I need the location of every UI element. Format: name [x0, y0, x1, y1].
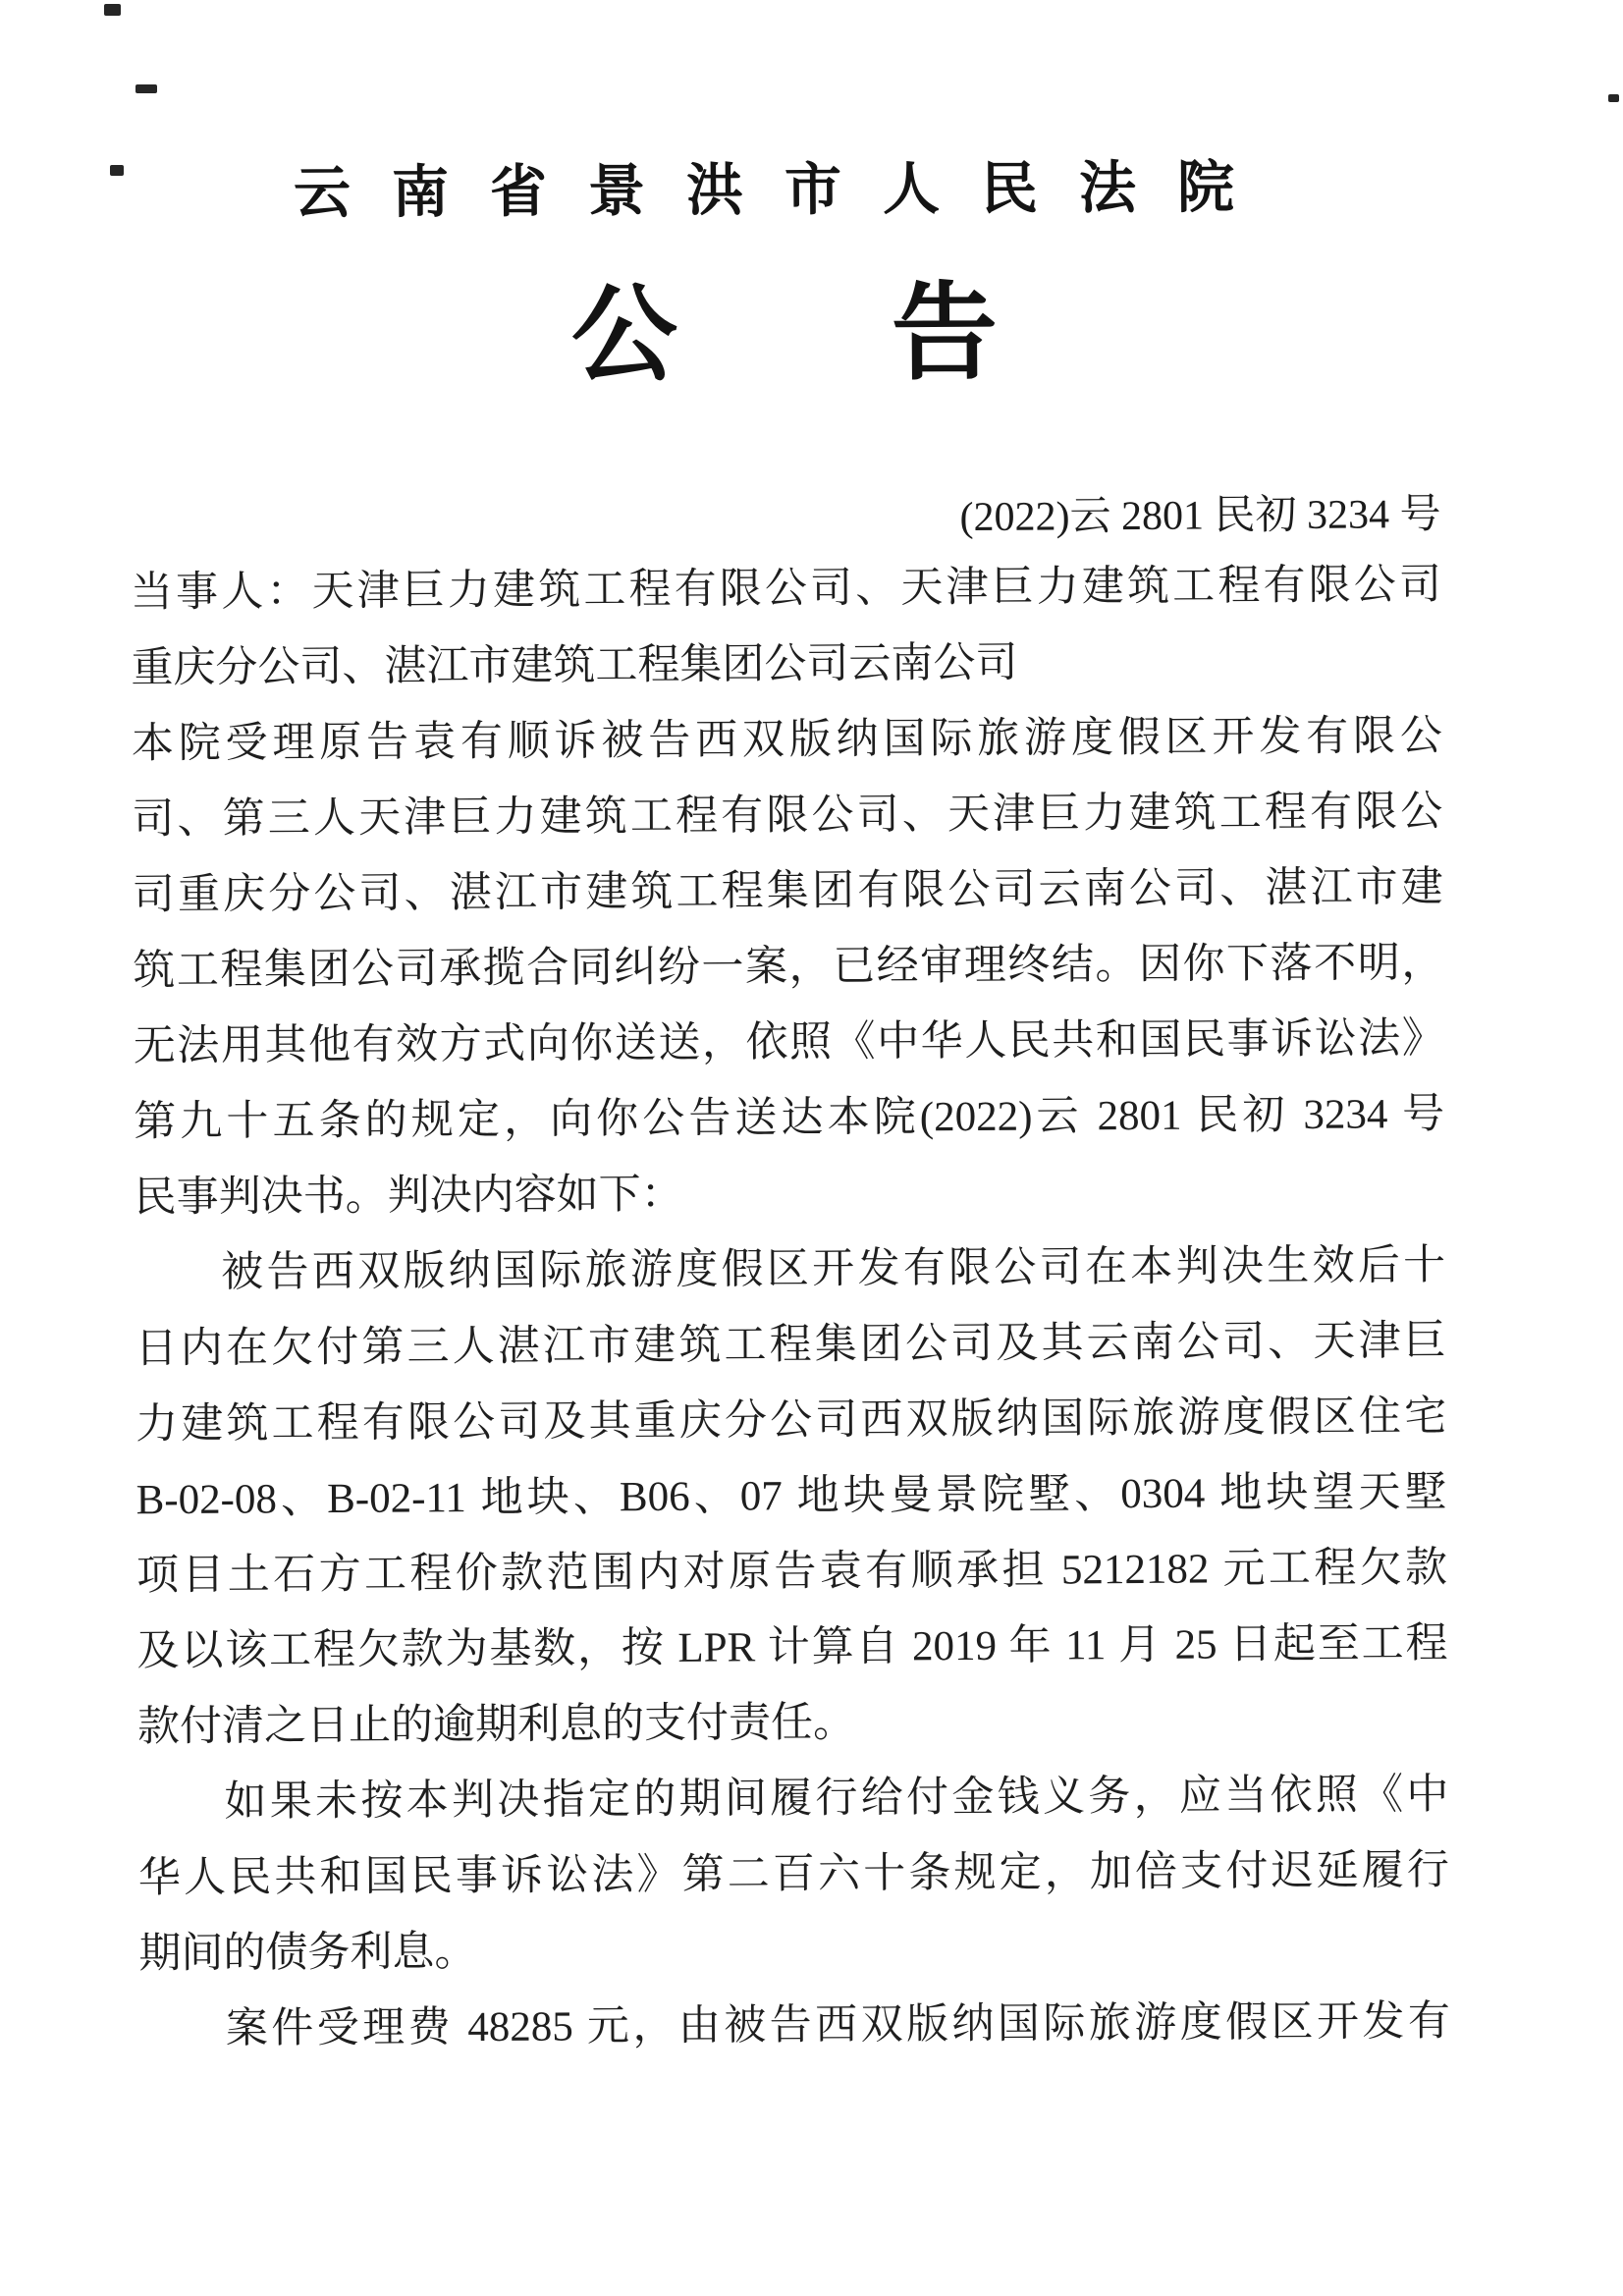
body-line: 第九十五条的规定，向你公告送达本院(2022)云 2801 民初 3234 号: [134, 1076, 1444, 1160]
document-content: 云南省景洪市人民法院 公 告 (2022)云 2801 民初 3234 号 当事…: [0, 0, 1623, 2296]
body-line: 民事判决书。判决内容如下：: [134, 1152, 1444, 1235]
body-line: 司、第三人天津巨力建筑工程有限公司、天津巨力建筑工程有限公: [132, 774, 1442, 857]
body-line: 司重庆分公司、湛江市建筑工程集团有限公司云南公司、湛江市建: [133, 849, 1443, 933]
body-line: 力建筑工程有限公司及其重庆分公司西双版纳国际旅游度假区住宅: [135, 1379, 1446, 1462]
body-line: 期间的债务利息。: [138, 1908, 1449, 1992]
body-line: B-02-08、B-02-11 地块、B06、07 地块曼景院墅、0304 地块…: [135, 1454, 1446, 1538]
document-title: 公 告: [129, 271, 1440, 401]
body-line: 重庆分公司、湛江市建筑工程集团公司云南公司: [131, 623, 1441, 706]
body-line: 及以该工程欠款为基数，按 LPR 计算自 2019 年 11 月 25 日起至工…: [136, 1606, 1447, 1689]
document-body: 当事人：天津巨力建筑工程有限公司、天津巨力建筑工程有限公司重庆分公司、湛江市建筑…: [131, 547, 1450, 2067]
body-line: 款付清之日止的逾期利息的支付责任。: [137, 1681, 1448, 1765]
body-line: 被告西双版纳国际旅游度假区开发有限公司在本判决生效后十: [135, 1228, 1445, 1311]
court-name: 云南省景洪市人民法院: [108, 139, 1419, 230]
body-line: 如果未按本判决指定的期间履行给付金钱义务，应当依照《中: [137, 1757, 1448, 1840]
court-name-text: 云南省景洪市人民法院: [294, 140, 1276, 229]
body-line: 日内在欠付第三人湛江市建筑工程集团公司及其云南公司、天津巨: [135, 1303, 1445, 1387]
body-line: 华人民共和国民事诉讼法》第二百六十条规定，加倍支付迟延履行: [138, 1832, 1449, 1916]
title-char-gao: 告: [891, 274, 998, 397]
announcement-page: 云南省景洪市人民法院 公 告 (2022)云 2801 民初 3234 号 当事…: [0, 0, 1623, 2296]
body-line: 筑工程集团公司承揽合同纠纷一案，已经审理终结。因你下落不明，: [133, 925, 1443, 1009]
body-line: 本院受理原告袁有顺诉被告西双版纳国际旅游度假区开发有限公: [132, 698, 1442, 782]
body-line: 案件受理费 48285 元，由被告西双版纳国际旅游度假区开发有: [139, 1984, 1450, 2067]
body-line: 当事人：天津巨力建筑工程有限公司、天津巨力建筑工程有限公司: [131, 547, 1441, 630]
title-char-gong: 公: [570, 276, 677, 399]
body-line: 无法用其他有效方式向你送送，依照《中华人民共和国民事诉讼法》: [134, 1001, 1444, 1084]
case-number: (2022)云 2801 民初 3234 号: [130, 481, 1440, 548]
body-line: 项目土石方工程价款范围内对原告袁有顺承担 5212182 元工程欠款: [136, 1530, 1447, 1613]
